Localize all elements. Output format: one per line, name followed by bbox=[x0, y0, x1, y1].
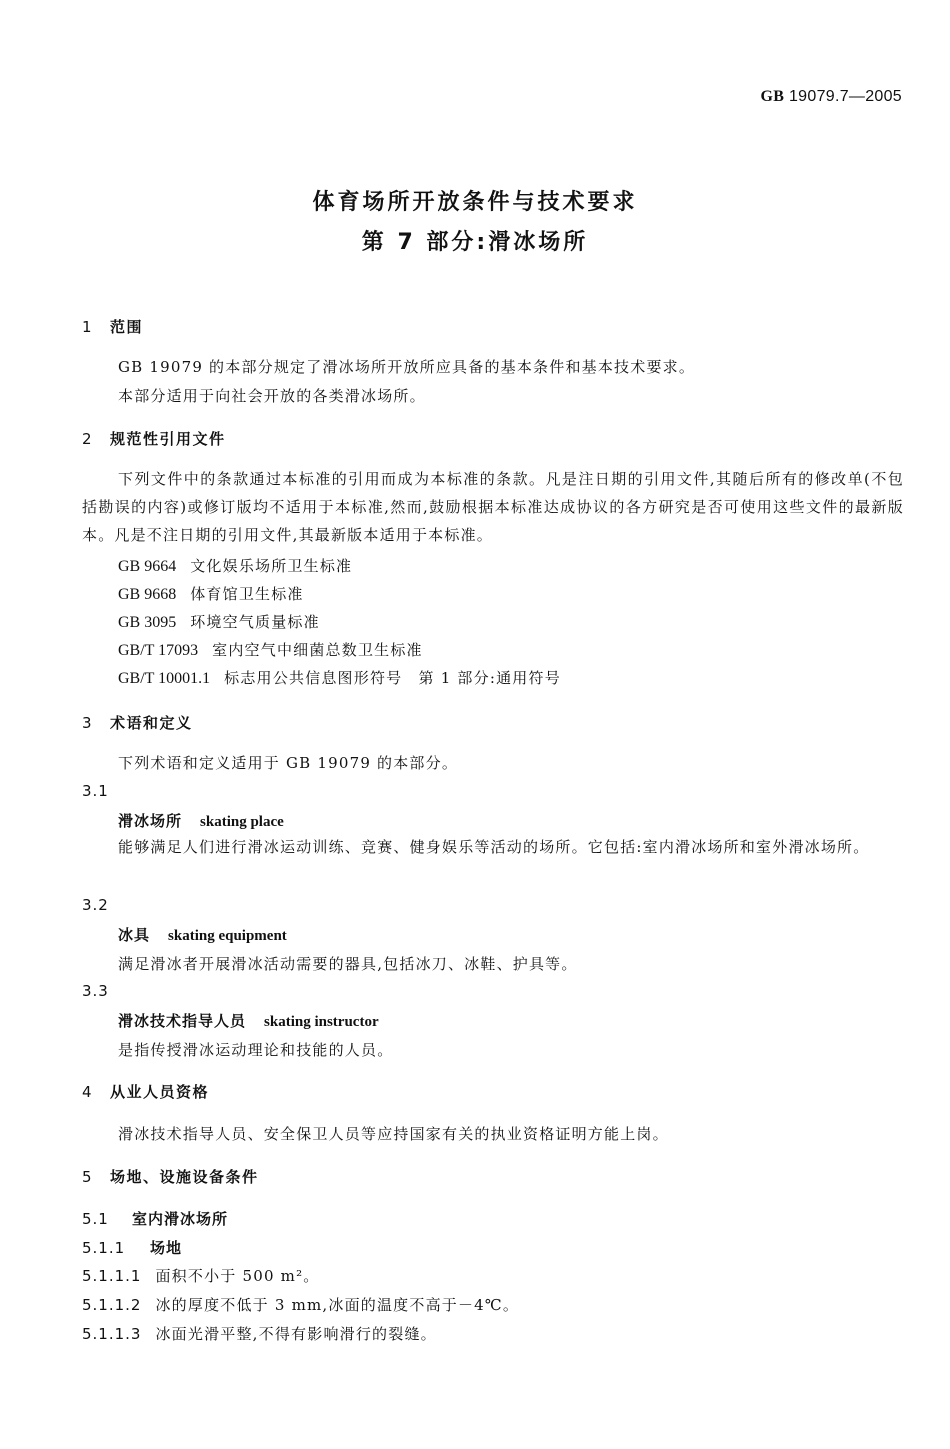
section-heading-2: 2规范性引用文件 bbox=[82, 428, 226, 449]
standard-code: 19079.7—2005 bbox=[789, 88, 902, 105]
paragraph: 下列术语和定义适用于 GB 19079 的本部分。 bbox=[118, 752, 458, 773]
paragraph: 本部分适用于向社会开放的各类滑冰场所。 bbox=[118, 385, 426, 406]
term-heading: 滑冰技术指导人员skating instructor bbox=[118, 1010, 379, 1031]
reference-item: GB 9668体育馆卫生标准 bbox=[118, 583, 304, 604]
term-definition: 能够满足人们进行滑冰运动训练、竞赛、健身娱乐等活动的场所。它包括:室内滑冰场所和… bbox=[82, 833, 904, 861]
paragraph: 下列文件中的条款通过本标准的引用而成为本标准的条款。凡是注日期的引用文件,其随后… bbox=[82, 465, 904, 549]
section-heading-1: 1范围 bbox=[82, 316, 143, 337]
clause-number: 3.3 bbox=[82, 982, 109, 1000]
reference-item: GB 9664文化娱乐场所卫生标准 bbox=[118, 555, 352, 576]
clause-item: 5.1.1.2冰的厚度不低于 3 mm,冰面的温度不高于－4℃。 bbox=[82, 1294, 519, 1315]
document-subtitle: 第 7 部分:滑冰场所 bbox=[0, 225, 950, 256]
clause-item: 5.1.1.1面积不小于 500 m²。 bbox=[82, 1265, 320, 1286]
term-heading: 滑冰场所skating place bbox=[118, 810, 284, 831]
standard-number: GB 19079.7—2005 bbox=[761, 88, 903, 106]
paragraph: 滑冰技术指导人员、安全保卫人员等应持国家有关的执业资格证明方能上岗。 bbox=[118, 1123, 669, 1144]
clause-number: 3.2 bbox=[82, 896, 109, 914]
standard-prefix: GB bbox=[761, 88, 785, 105]
paragraph: GB 19079 的本部分规定了滑冰场所开放所应具备的基本条件和基本技术要求。 bbox=[118, 356, 695, 377]
term-heading: 冰具skating equipment bbox=[118, 924, 287, 945]
reference-item: GB/T 10001.1标志用公共信息图形符号 第 1 部分:通用符号 bbox=[118, 667, 561, 688]
reference-item: GB 3095环境空气质量标准 bbox=[118, 611, 320, 632]
term-definition: 是指传授滑冰运动理论和技能的人员。 bbox=[118, 1039, 393, 1060]
subsection-heading-5-1-1: 5.1.1场地 bbox=[82, 1237, 182, 1258]
subsection-heading-5-1: 5.1室内滑冰场所 bbox=[82, 1208, 228, 1229]
clause-number: 3.1 bbox=[82, 782, 109, 800]
section-heading-5: 5场地、设施设备条件 bbox=[82, 1166, 259, 1187]
reference-item: GB/T 17093室内空气中细菌总数卫生标准 bbox=[118, 639, 423, 660]
section-heading-3: 3术语和定义 bbox=[82, 712, 193, 733]
section-heading-4: 4从业人员资格 bbox=[82, 1081, 209, 1102]
document-title: 体育场所开放条件与技术要求 bbox=[0, 185, 950, 216]
term-definition: 满足滑冰者开展滑冰活动需要的器具,包括冰刀、冰鞋、护具等。 bbox=[118, 953, 578, 974]
clause-item: 5.1.1.3冰面光滑平整,不得有影响滑行的裂缝。 bbox=[82, 1323, 437, 1344]
